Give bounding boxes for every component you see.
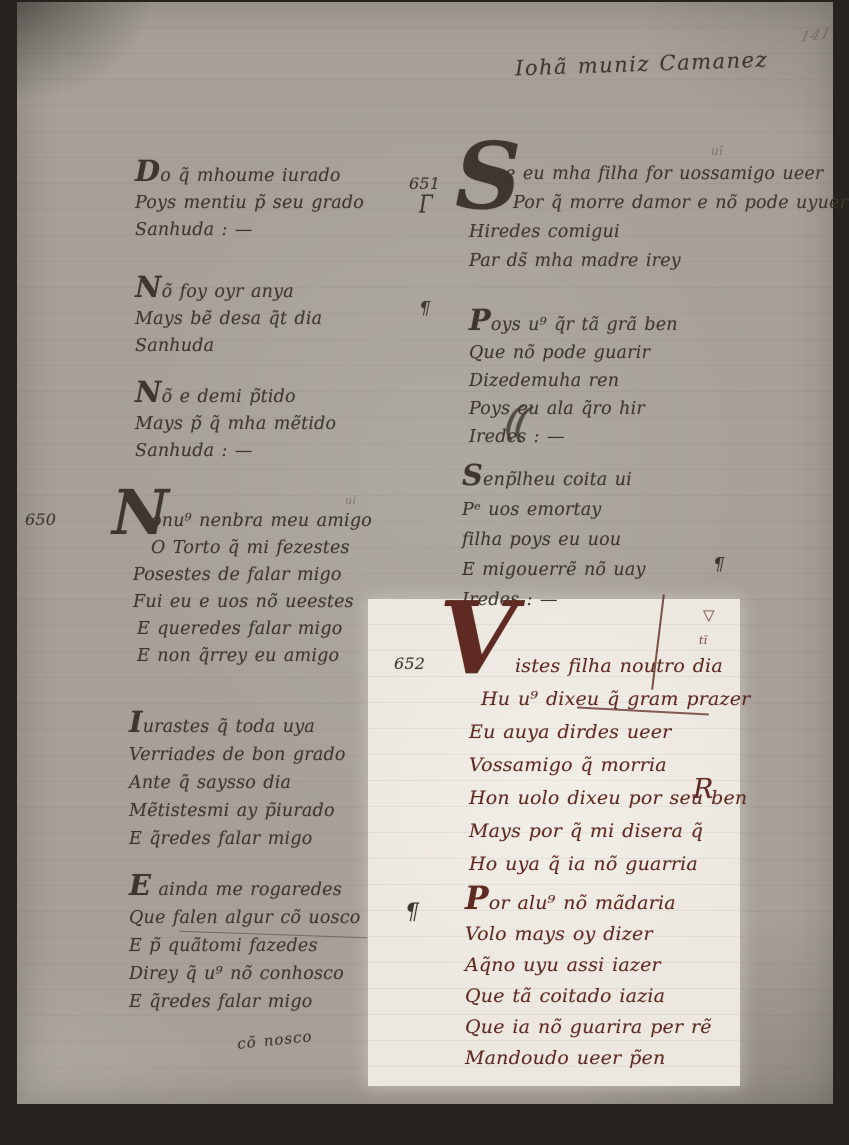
verse-line: E non q̃rrey eu amigo (137, 643, 372, 670)
verse-line: Hu u⁹ dixeu q̃ gram prazer (481, 683, 750, 716)
verse-line: Mays bẽ desa q̃t dia (135, 306, 322, 333)
stanza: istes filha noutro dia Hu u⁹ dixeu q̃ gr… (469, 650, 750, 881)
margin-mark: ¶ (405, 900, 419, 925)
verse-line: Que nõ pode guarir (469, 339, 678, 367)
stanza: Iurastes q̃ toda uya Verriades de bon gr… (129, 708, 346, 853)
verse-line: Ante q̃ saysso dia (129, 769, 346, 797)
verse-line: Nõ e demi p̃tido (135, 379, 336, 411)
folio-number: 141 (798, 24, 833, 46)
verse-line: Senp̃lheu coita ui (462, 460, 646, 495)
verse-line: E q̃redes falar migo (129, 825, 346, 853)
verse-line: onu⁹ nenbra meu amigo (151, 508, 372, 535)
verse-line: Direy q̃ u⁹ nõ conhosco (129, 960, 361, 988)
verse-line: E queredes falar migo (137, 616, 372, 643)
verse-line: Que ia nõ guarira per rẽ (465, 1012, 712, 1043)
verse-line: Do q̃ mhoume iurado (135, 158, 364, 190)
verse-line: istes filha noutro dia (515, 650, 750, 683)
verse-line: Que tã coitado iazia (465, 981, 712, 1012)
verse-line: Mẽtistesmi ay p̃iurado (129, 797, 346, 825)
margin-mark: Γ (419, 190, 433, 219)
quire-mark: uĩ (711, 144, 723, 158)
verse-line: Iredes : — (469, 423, 678, 451)
verse-line: Iurastes q̃ toda uya (129, 708, 346, 741)
verse-line: Poys mentiu p̃ seu grado (135, 190, 364, 217)
verse-line: E ainda me rogaredes (129, 871, 361, 904)
margin-mark: R (693, 774, 714, 805)
verse-line: Posestes de falar migo (133, 562, 372, 589)
verse-line: Verriades de bon grado (129, 741, 346, 769)
verse-line: Volo mays oy dizer (465, 919, 712, 950)
verse-line: Por q̃ morre damor e nõ pode uyuer (513, 189, 848, 218)
quire-mark: tĩ (699, 634, 707, 647)
stanza: Nõ e demi p̃tido Mays p̃ q̃ mha mẽtido S… (135, 379, 336, 465)
verse-line: O Torto q̃ mi fezestes (151, 535, 372, 562)
verse-line: Sanhuda : — (135, 438, 336, 465)
manuscript-page: Iohã muniz Camanez 141 651 Do q̃ mhoume … (17, 2, 833, 1104)
verse-line: Pᵉ uos emortay (462, 495, 646, 525)
verse-line: Sanhuda : — (135, 217, 364, 244)
verse-line: Fui eu e uos nõ ueestes (133, 589, 372, 616)
verse-line: Nõ foy oyr anya (135, 274, 322, 306)
stanza: Do q̃ mhoume iurado Poys mentiu p̃ seu g… (135, 158, 364, 244)
verse-line: e eu mha filha for uossamigo ueer (505, 160, 848, 189)
cantiga-number: 652 (394, 654, 425, 673)
verse-line: Poys u⁹ q̃r tã grã ben (469, 306, 678, 339)
attribution-heading: Iohã muniz Camanez (515, 48, 769, 81)
verse-line: Aq̃no uyu assi iazer (465, 950, 712, 981)
verse-line: Ho uya q̃ ia nõ guarria (469, 848, 750, 881)
verse-line: Par ds̃ mha madre irey (469, 247, 848, 276)
verse-line: E q̃redes falar migo (129, 988, 361, 1016)
stanza: Nõ foy oyr anya Mays bẽ desa q̃t dia San… (135, 274, 322, 360)
verse-line: Hiredes comigui (469, 218, 848, 247)
verse-line: Mays por q̃ mi disera q̃ (469, 815, 750, 848)
catchword: cõ nosco (236, 1027, 313, 1053)
verse-line: Mays p̃ q̃ mha mẽtido (135, 411, 336, 438)
verse-line: filha poys eu uou (462, 525, 646, 555)
verse-line: Poys eu ala q̃ro hir (469, 395, 678, 423)
verse-line: Que falen algur cõ uosco (129, 904, 361, 932)
cantiga-number: 650 (25, 510, 56, 529)
stanza: e eu mha filha for uossamigo ueer Por q̃… (469, 160, 848, 276)
verse-line: Eu auya dirdes ueer (469, 716, 750, 749)
verse-line: Dizedemuha ren (469, 367, 678, 395)
stanza: Por alu⁹ nõ mãdaria Volo mays oy dizer A… (465, 884, 712, 1074)
quire-mark: uĩ (345, 494, 356, 507)
margin-mark: ¶ (713, 554, 725, 575)
margin-mark: ¶ (419, 298, 431, 319)
stanza: Poys u⁹ q̃r tã grã ben Que nõ pode guari… (469, 306, 678, 451)
verse-line: Mandoudo ueer p̃en (465, 1043, 712, 1074)
stanza: onu⁹ nenbra meu amigo O Torto q̃ mi feze… (151, 508, 372, 670)
stanza: E ainda me rogaredes Que falen algur cõ … (129, 871, 361, 1016)
verse-line: Sanhuda (135, 333, 322, 360)
margin-mark: ▽ (703, 606, 715, 624)
verse-line: Por alu⁹ nõ mãdaria (465, 884, 712, 919)
